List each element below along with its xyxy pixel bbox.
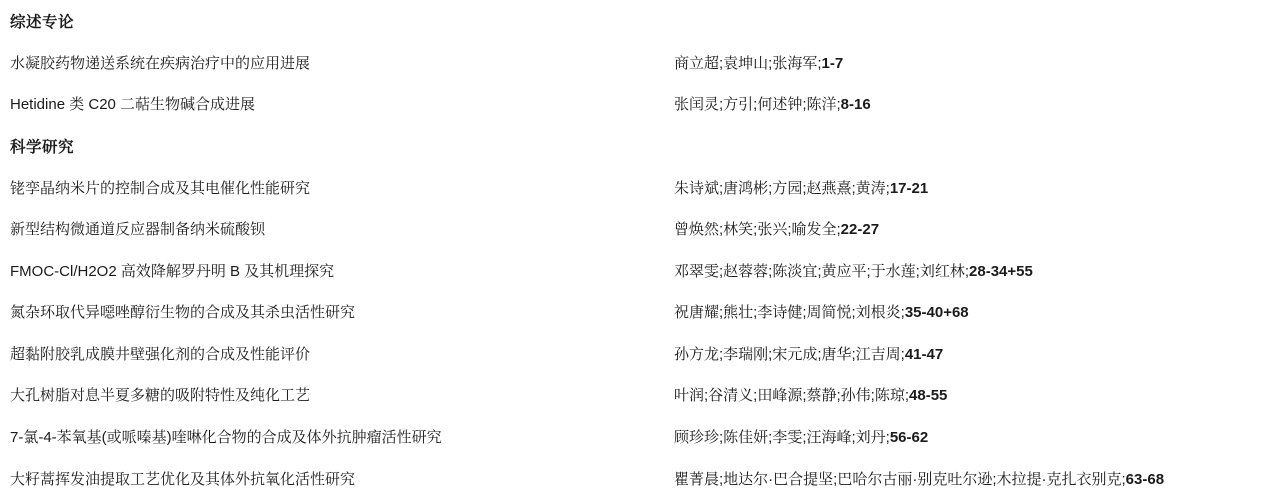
article-title: 大籽蒿挥发油提取工艺优化及其体外抗氧化活性研究 [10, 468, 674, 489]
article-authors-pages: 商立超;袁坤山;张海军;1-7 [674, 52, 1274, 73]
article-pages: 35-40+68 [905, 304, 969, 321]
section-header-row: 科学研究 [0, 125, 1274, 167]
article-title: 超黏附胶乳成膜井壁强化剂的合成及性能评价 [10, 343, 674, 364]
article-row: 铑孪晶纳米片的控制合成及其电催化性能研究 朱诗斌;唐鸿彬;方园;赵燕熹;黄涛;1… [0, 166, 1274, 208]
article-title: FMOC-Cl/H2O2 高效降解罗丹明 B 及其机理探究 [10, 260, 674, 281]
article-row: 氮杂环取代异噁唑醇衍生物的合成及其杀虫活性研究 祝唐耀;熊壮;李诗健;周简悦;刘… [0, 291, 1274, 333]
article-title: 水凝胶药物递送系统在疾病治疗中的应用进展 [10, 52, 674, 73]
article-pages: 22-27 [841, 221, 879, 238]
article-pages: 8-16 [841, 96, 871, 113]
article-authors: 祝唐耀;熊壮;李诗健;周简悦;刘根炎; [674, 304, 905, 321]
article-pages: 41-47 [905, 346, 943, 363]
article-authors-pages: 瞿菁晨;地达尔·巴合提坚;巴哈尔古丽·别克吐尔逊;木拉提·克扎衣别克;63-68 [674, 468, 1274, 489]
article-authors: 顾珍珍;陈佳妍;李雯;汪海峰;刘丹; [674, 429, 890, 446]
article-pages: 56-62 [890, 429, 928, 446]
section-header: 科学研究 [10, 135, 74, 157]
section-header: 综述专论 [10, 10, 74, 32]
article-title: Hetidine 类 C20 二萜生物碱合成进展 [10, 93, 674, 114]
article-authors-pages: 张闰灵;方引;何述钟;陈洋;8-16 [674, 93, 1274, 114]
article-authors: 叶润;谷清义;田峰源;蔡静;孙伟;陈琼; [674, 387, 909, 404]
article-row: 水凝胶药物递送系统在疾病治疗中的应用进展 商立超;袁坤山;张海军;1-7 [0, 42, 1274, 84]
article-authors: 曾焕然;林笑;张兴;喻发全; [674, 221, 841, 238]
article-authors: 邓翠雯;赵蓉蓉;陈淡宜;黄应平;于水莲;刘红林; [674, 263, 969, 280]
article-authors: 朱诗斌;唐鸿彬;方园;赵燕熹;黄涛; [674, 180, 890, 197]
article-authors: 张闰灵;方引;何述钟;陈洋; [674, 96, 841, 113]
article-pages: 63-68 [1126, 471, 1164, 488]
article-authors-pages: 邓翠雯;赵蓉蓉;陈淡宜;黄应平;于水莲;刘红林;28-34+55 [674, 260, 1274, 281]
article-row: 大孔树脂对息半夏多糖的吸附特性及纯化工艺 叶润;谷清义;田峰源;蔡静;孙伟;陈琼… [0, 374, 1274, 416]
article-authors-pages: 朱诗斌;唐鸿彬;方园;赵燕熹;黄涛;17-21 [674, 177, 1274, 198]
article-authors: 孙方龙;李瑞刚;宋元成;唐华;江吉周; [674, 346, 905, 363]
article-authors: 商立超;袁坤山;张海军; [674, 55, 822, 72]
article-row: 大籽蒿挥发油提取工艺优化及其体外抗氧化活性研究 瞿菁晨;地达尔·巴合提坚;巴哈尔… [0, 457, 1274, 499]
article-pages: 28-34+55 [969, 263, 1033, 280]
article-title: 新型结构微通道反应器制备纳米硫酸钡 [10, 218, 674, 239]
article-title: 氮杂环取代异噁唑醇衍生物的合成及其杀虫活性研究 [10, 301, 674, 322]
article-pages: 1-7 [822, 55, 844, 72]
article-row: 超黏附胶乳成膜井壁强化剂的合成及性能评价 孙方龙;李瑞刚;宋元成;唐华;江吉周;… [0, 333, 1274, 375]
article-row: FMOC-Cl/H2O2 高效降解罗丹明 B 及其机理探究 邓翠雯;赵蓉蓉;陈淡… [0, 249, 1274, 291]
article-pages: 17-21 [890, 180, 928, 197]
section-header-row: 综述专论 [0, 0, 1274, 42]
article-authors-pages: 叶润;谷清义;田峰源;蔡静;孙伟;陈琼;48-55 [674, 384, 1274, 405]
article-authors: 瞿菁晨;地达尔·巴合提坚;巴哈尔古丽·别克吐尔逊;木拉提·克扎衣别克; [674, 471, 1126, 488]
article-row: 7-氯-4-苯氧基(或哌嗪基)喹啉化合物的合成及体外抗肿瘤活性研究 顾珍珍;陈佳… [0, 416, 1274, 458]
article-authors-pages: 孙方龙;李瑞刚;宋元成;唐华;江吉周;41-47 [674, 343, 1274, 364]
article-title: 大孔树脂对息半夏多糖的吸附特性及纯化工艺 [10, 384, 674, 405]
article-row: 新型结构微通道反应器制备纳米硫酸钡 曾焕然;林笑;张兴;喻发全;22-27 [0, 208, 1274, 250]
article-authors-pages: 顾珍珍;陈佳妍;李雯;汪海峰;刘丹;56-62 [674, 426, 1274, 447]
article-title: 7-氯-4-苯氧基(或哌嗪基)喹啉化合物的合成及体外抗肿瘤活性研究 [10, 426, 674, 447]
article-authors-pages: 祝唐耀;熊壮;李诗健;周简悦;刘根炎;35-40+68 [674, 301, 1274, 322]
article-row: Hetidine 类 C20 二萜生物碱合成进展 张闰灵;方引;何述钟;陈洋;8… [0, 83, 1274, 125]
article-pages: 48-55 [909, 387, 947, 404]
article-title: 铑孪晶纳米片的控制合成及其电催化性能研究 [10, 177, 674, 198]
article-authors-pages: 曾焕然;林笑;张兴;喻发全;22-27 [674, 218, 1274, 239]
journal-toc: 综述专论 水凝胶药物递送系统在疾病治疗中的应用进展 商立超;袁坤山;张海军;1-… [0, 0, 1274, 499]
